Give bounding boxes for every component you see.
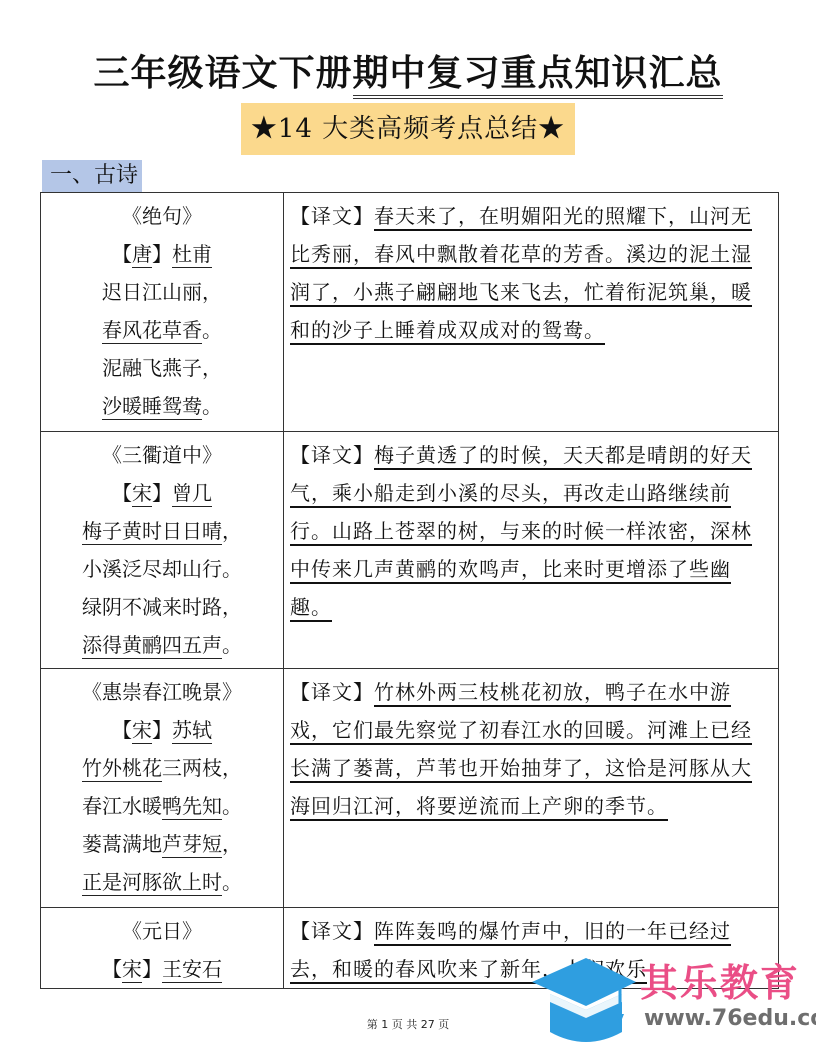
translation-cell: 【译文】竹林外两三枝桃花初放，鸭子在水中游戏，它们最先察觉了初春江水的回暖。河滩… bbox=[284, 669, 779, 908]
translation-label: 【译文】 bbox=[290, 204, 374, 228]
translation-label: 【译文】 bbox=[290, 919, 374, 943]
translation-cell: 【译文】春天来了，在明媚阳光的照耀下，山河无比秀丽，春风中飘散着花草的芳香。溪边… bbox=[284, 193, 779, 432]
subtitle-banner: ★14 大类高频考点总结★ bbox=[241, 103, 575, 155]
watermark-url: www.76edu.com bbox=[644, 1006, 816, 1031]
poem-title: 《三衢道中》 bbox=[41, 436, 283, 474]
poem-dynasty: 宋 bbox=[122, 957, 142, 983]
poem-line: 添得黄鹂四五声。 bbox=[41, 626, 283, 664]
poem-author-line: 【宋】苏轼 bbox=[41, 711, 283, 749]
poem-line: 春风花草香。 bbox=[41, 311, 283, 349]
poem-line: 竹外桃花三两枝， bbox=[41, 749, 283, 787]
poem-line: 春江水暖鸭先知。 bbox=[41, 787, 283, 825]
poem-cell: 《三衢道中》 【宋】曾几 梅子黄时日日晴， 小溪泛尽却山行。 绿阴不减来时路， … bbox=[41, 432, 284, 669]
poem-line: 蒌蒿满地芦芽短， bbox=[41, 825, 283, 863]
poem-cell: 《绝句》 【唐】杜甫 迟日江山丽， 春风花草香。 泥融飞燕子， 沙暖睡鸳鸯。 bbox=[41, 193, 284, 432]
translation-label: 【译文】 bbox=[290, 680, 374, 704]
translation-text: 梅子黄透了的时候，天天都是晴朗的好天气，乘小船走到小溪的尽头，再改走山路继续前行… bbox=[290, 443, 752, 619]
poem-cell: 《惠崇春江晚景》 【宋】苏轼 竹外桃花三两枝， 春江水暖鸭先知。 蒌蒿满地芦芽短… bbox=[41, 669, 284, 908]
table-row: 《绝句》 【唐】杜甫 迟日江山丽， 春风花草香。 泥融飞燕子， 沙暖睡鸳鸯。 【… bbox=[41, 193, 779, 432]
poem-author: 杜甫 bbox=[172, 242, 212, 268]
section-heading: 一、古诗 bbox=[42, 160, 142, 192]
poem-author: 苏轼 bbox=[172, 718, 212, 744]
poem-cell: 《元日》 【宋】王安石 bbox=[41, 908, 284, 989]
table-row: 《三衢道中》 【宋】曾几 梅子黄时日日晴， 小溪泛尽却山行。 绿阴不减来时路， … bbox=[41, 432, 779, 669]
poem-author-line: 【宋】曾几 bbox=[41, 474, 283, 512]
title-underlined: 期中复习重点知识汇总 bbox=[353, 52, 723, 99]
poem-author: 王安石 bbox=[162, 957, 222, 983]
poem-line: 沙暖睡鸳鸯。 bbox=[41, 387, 283, 425]
poem-author: 曾几 bbox=[172, 481, 212, 507]
poem-line: 泥融飞燕子， bbox=[41, 349, 283, 387]
poem-dynasty: 唐 bbox=[132, 242, 152, 268]
table-row: 《惠崇春江晚景》 【宋】苏轼 竹外桃花三两枝， 春江水暖鸭先知。 蒌蒿满地芦芽短… bbox=[41, 669, 779, 908]
poem-title: 《元日》 bbox=[41, 912, 283, 950]
watermark-name: 其乐教育 bbox=[640, 952, 800, 1007]
watermark-logo: 其乐教育 www.76edu.com bbox=[528, 952, 816, 1052]
poem-line: 迟日江山丽， bbox=[41, 273, 283, 311]
title-plain: 三年级语文下册 bbox=[93, 52, 352, 94]
poem-title: 《惠崇春江晚景》 bbox=[41, 673, 283, 711]
document-title: 三年级语文下册期中复习重点知识汇总 bbox=[0, 48, 816, 98]
translation-label: 【译文】 bbox=[290, 443, 374, 467]
poem-dynasty: 宋 bbox=[132, 718, 152, 744]
poem-title: 《绝句》 bbox=[41, 197, 283, 235]
poems-table: 《绝句》 【唐】杜甫 迟日江山丽， 春风花草香。 泥融飞燕子， 沙暖睡鸳鸯。 【… bbox=[40, 192, 779, 989]
subtitle-container: ★14 大类高频考点总结★ bbox=[0, 103, 816, 155]
poem-line: 绿阴不减来时路， bbox=[41, 588, 283, 626]
poem-line: 正是河豚欲上时。 bbox=[41, 863, 283, 901]
poem-line: 小溪泛尽却山行。 bbox=[41, 550, 283, 588]
poem-line: 梅子黄时日日晴， bbox=[41, 512, 283, 550]
poem-author-line: 【唐】杜甫 bbox=[41, 235, 283, 273]
poem-dynasty: 宋 bbox=[132, 481, 152, 507]
poem-author-line: 【宋】王安石 bbox=[41, 950, 283, 988]
translation-cell: 【译文】梅子黄透了的时候，天天都是晴朗的好天气，乘小船走到小溪的尽头，再改走山路… bbox=[284, 432, 779, 669]
graduation-cap-icon bbox=[528, 952, 638, 1052]
